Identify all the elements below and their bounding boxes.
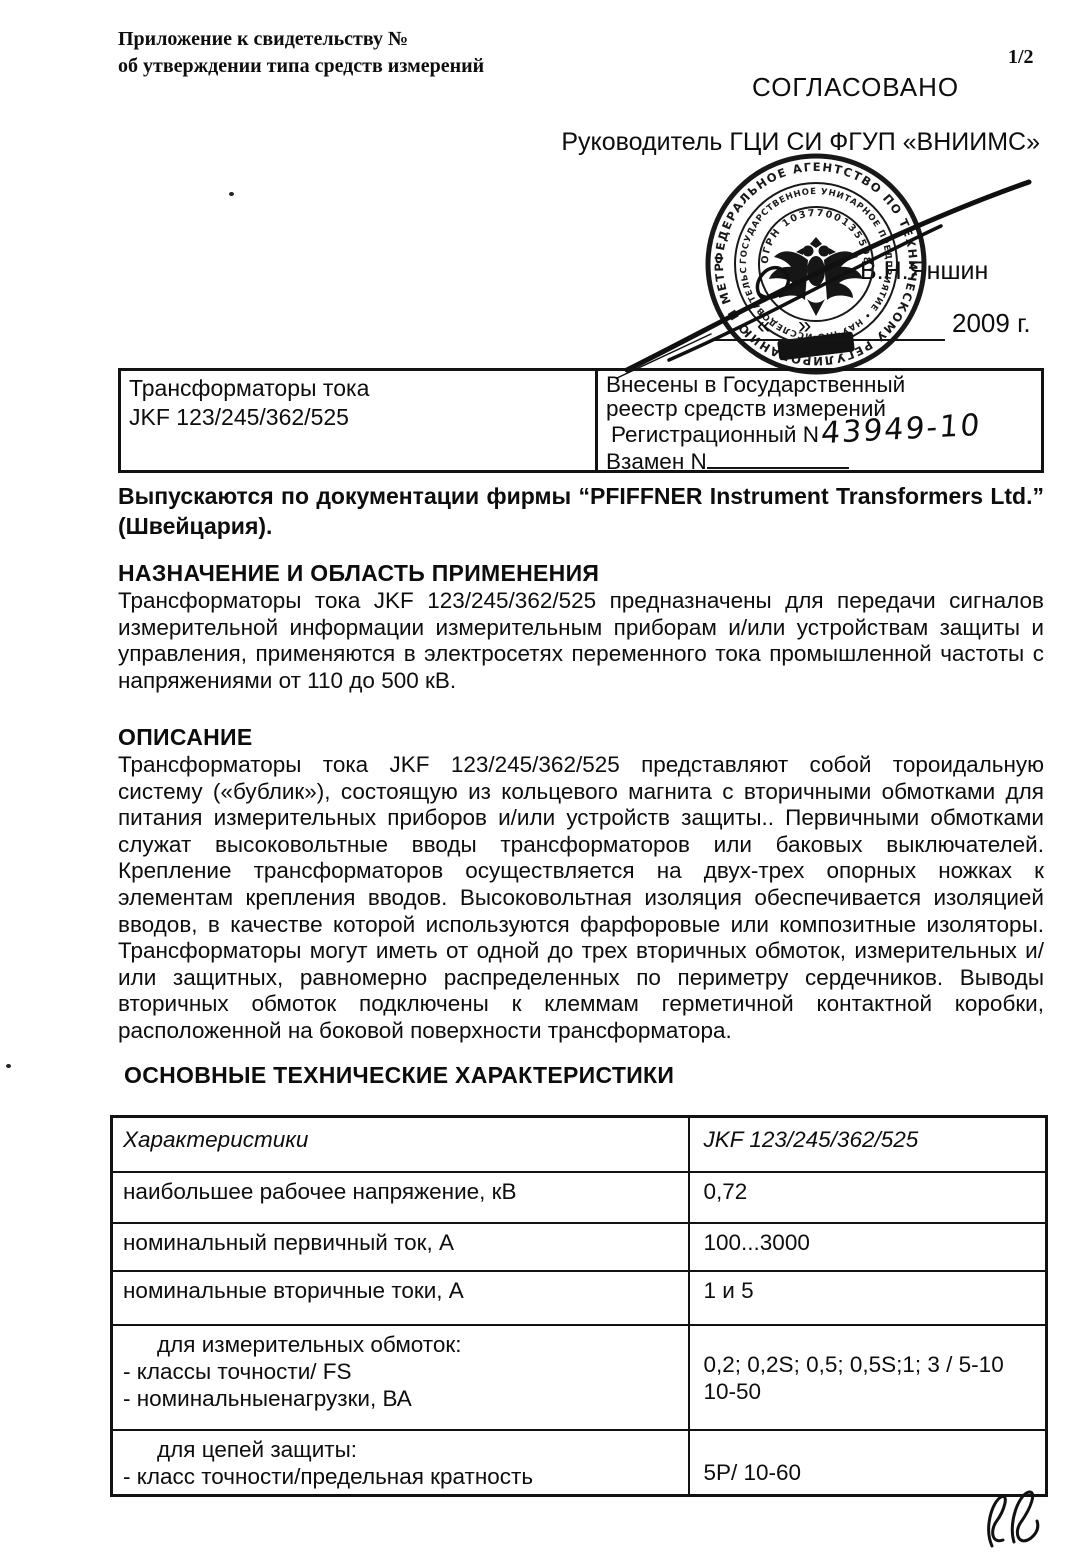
scan-speck xyxy=(229,192,234,196)
spec-label-cell: номинальный первичный ток, А xyxy=(112,1223,689,1271)
description-body: Трансформаторы тока JKF 123/245/362/525 … xyxy=(118,752,1044,1045)
description-heading: ОПИСАНИЕ xyxy=(118,724,252,751)
replaces-label: Взамен N xyxy=(606,449,707,474)
spec-label-cell: наибольшее рабочее напряжение, кВ xyxy=(112,1172,689,1223)
specs-table: Характеристики JKF 123/245/362/525 наибо… xyxy=(110,1115,1048,1497)
spec-value-line: 0,2; 0,2S; 0,5; 0,5S;1; 3 / 5-10 xyxy=(704,1351,1036,1378)
spec-value-cell: 1 и 5 xyxy=(689,1271,1047,1325)
handwritten-initials-icon xyxy=(978,1488,1060,1558)
issued-by-note: Выпускаются по документации фирмы “PFIFF… xyxy=(118,481,1044,541)
registry-table: Трансформаторы тока JKF 123/245/362/525 … xyxy=(118,368,1044,473)
spec-label-line: - классы точности/ FS xyxy=(123,1358,678,1385)
product-line2: JKF 123/245/362/525 xyxy=(129,403,587,432)
spec-label-cell: для цепей защиты: - класс точности/преде… xyxy=(112,1430,689,1496)
spec-value-cell: 100...3000 xyxy=(689,1223,1047,1271)
annex-note: Приложение к свидетельству № об утвержде… xyxy=(118,26,484,80)
date-close-quote: » xyxy=(798,312,811,340)
spec-label-cell: для измерительных обмоток: - классы точн… xyxy=(112,1325,689,1430)
table-row: номинальные вторичные токи, А 1 и 5 xyxy=(112,1271,1047,1325)
registration-line: Регистрационный N43949-10 xyxy=(606,421,1035,447)
product-line1: Трансформаторы тока xyxy=(129,374,587,403)
registration-number-handwritten: 43949-10 xyxy=(820,414,982,447)
seal-icon: ФЕДЕРАЛЬНОЕ АГЕНТСТВО ПО ТЕХНИЧЕСКОМУ РЕ… xyxy=(704,152,928,376)
spec-value-line: 10-50 xyxy=(704,1378,1036,1405)
spec-value-cell: 0,2; 0,2S; 0,5; 0,5S;1; 3 / 5-10 10-50 xyxy=(689,1325,1047,1430)
specs-col2-header: JKF 123/245/362/525 xyxy=(689,1117,1047,1172)
date-blank-line xyxy=(713,339,945,341)
scan-speck xyxy=(6,1064,11,1068)
annex-note-line2: об утверждении типа средств измерений xyxy=(118,53,484,80)
product-cell: Трансформаторы тока JKF 123/245/362/525 xyxy=(121,371,598,470)
table-row: наибольшее рабочее напряжение, кВ 0,72 xyxy=(112,1172,1047,1223)
spec-label-line: - номинальныенагрузки, ВА xyxy=(123,1385,678,1412)
spec-value-cell: 5P/ 10-60 xyxy=(689,1430,1047,1496)
table-row: номинальный первичный ток, А 100...3000 xyxy=(112,1223,1047,1271)
purpose-body: Трансформаторы тока JKF 123/245/362/525 … xyxy=(118,588,1044,694)
date-open-quote: « xyxy=(757,312,770,340)
table-row: для измерительных обмоток: - классы точн… xyxy=(112,1325,1047,1430)
document-page: Приложение к свидетельству № об утвержде… xyxy=(0,0,1092,1560)
registry-line1: Внесены в Государственный xyxy=(606,373,1035,397)
spec-label-line: для цепей защиты: xyxy=(123,1436,678,1463)
specs-header-row: Характеристики JKF 123/245/362/525 xyxy=(112,1117,1047,1172)
official-seal-stamp: ФЕДЕРАЛЬНОЕ АГЕНТСТВО ПО ТЕХНИЧЕСКОМУ РЕ… xyxy=(704,152,928,376)
spec-label-line: - класс точности/предельная кратность xyxy=(123,1463,678,1490)
registration-label: Регистрационный N xyxy=(611,422,819,447)
spec-value-cell: 0,72 xyxy=(689,1172,1047,1223)
year-label: 2009 г. xyxy=(952,308,1031,339)
table-row: для цепей защиты: - класс точности/преде… xyxy=(112,1430,1047,1496)
page-number: 1/2 xyxy=(1008,46,1034,69)
agreed-label: СОГЛАСОВАНО xyxy=(752,72,959,103)
spec-label-cell: номинальные вторичные токи, А xyxy=(112,1271,689,1325)
annex-note-line1: Приложение к свидетельству № xyxy=(118,26,484,53)
purpose-heading: НАЗНАЧЕНИЕ И ОБЛАСТЬ ПРИМЕНЕНИЯ xyxy=(118,560,599,587)
registry-cell: Внесены в Государственный реестр средств… xyxy=(598,371,1041,470)
specs-col1-header: Характеристики xyxy=(112,1117,689,1172)
spec-label-line: для измерительных обмоток: xyxy=(123,1331,678,1358)
specs-heading: ОСНОВНЫЕ ТЕХНИЧЕСКИЕ ХАРАКТЕРИСТИКИ xyxy=(124,1062,674,1089)
double-headed-eagle-icon xyxy=(769,237,863,316)
